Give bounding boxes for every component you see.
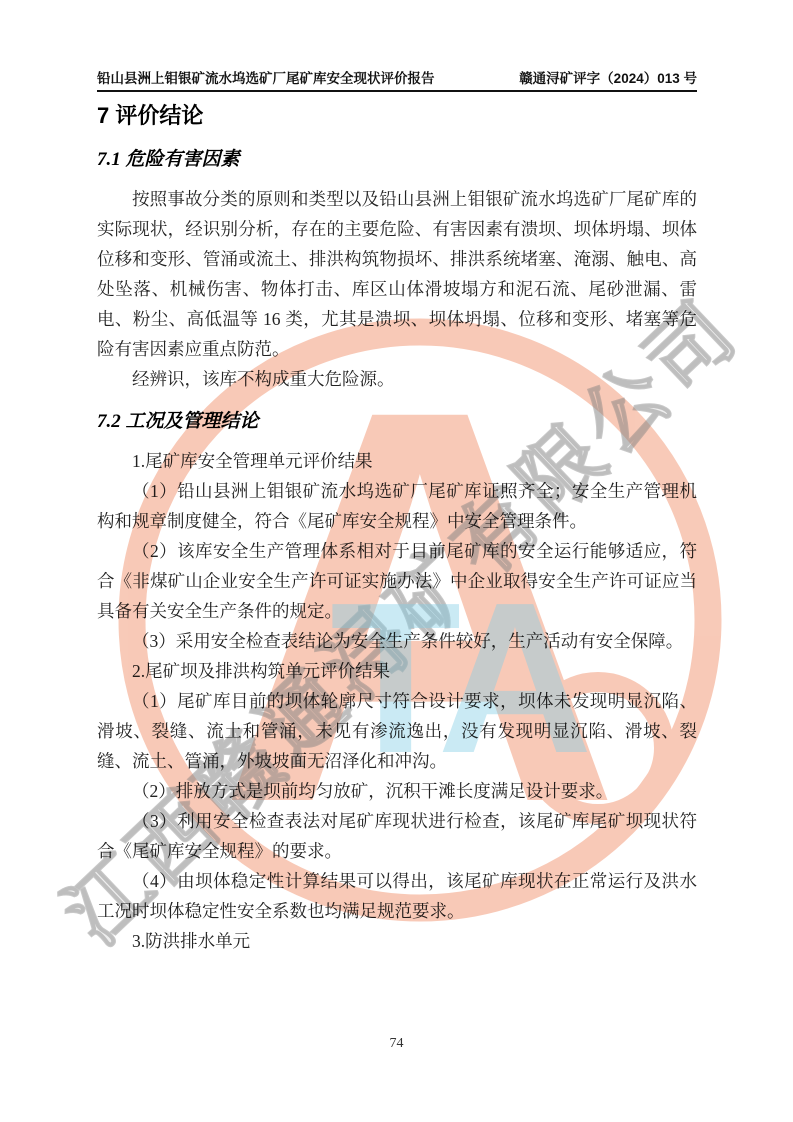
section-heading-7-1: 7.1 危险有害因素 xyxy=(97,148,697,172)
section-heading-7-2: 7.2 工况及管理结论 xyxy=(97,410,697,434)
chapter-title: 7 评价结论 xyxy=(97,102,697,130)
list-item: （3）采用安全检查表结论为安全生产条件较好，生产活动有安全保障。 xyxy=(97,626,697,656)
list-item: （2）排放方式是坝前均匀放矿，沉积干滩长度满足设计要求。 xyxy=(97,776,697,806)
header-doc-number: 赣通浔矿评字（2024）013 号 xyxy=(519,67,697,87)
list-item: 3.防洪排水单元 xyxy=(97,926,697,956)
page-header: 铅山县洲上钼银矿流水坞选矿厂尾矿库安全现状评价报告 赣通浔矿评字（2024）01… xyxy=(97,60,697,92)
header-report-title: 铅山县洲上钼银矿流水坞选矿厂尾矿库安全现状评价报告 xyxy=(97,67,435,87)
document-page: 铅山县洲上钼银矿流水坞选矿厂尾矿库安全现状评价报告 赣通浔矿评字（2024）01… xyxy=(0,0,793,1122)
list-item: （3）利用安全检查表法对尾矿库现状进行检查，该尾矿库尾矿坝现状符合《尾矿库安全规… xyxy=(97,806,697,866)
list-item: （2）该库安全生产管理体系相对于目前尾矿库的安全运行能够适应，符合《非煤矿山企业… xyxy=(97,536,697,626)
document-body: 7 评价结论 7.1 危险有害因素 按照事故分类的原则和类型以及铅山县洲上钼银矿… xyxy=(97,102,697,956)
list-item: 1.尾矿库安全管理单元评价结果 xyxy=(97,446,697,476)
page-number: 74 xyxy=(0,1036,793,1052)
list-item: 2.尾矿坝及排洪构筑单元评价结果 xyxy=(97,656,697,686)
paragraph: 按照事故分类的原则和类型以及铅山县洲上钼银矿流水坞选矿厂尾矿库的实际现状，经识别… xyxy=(97,184,697,364)
list-item: （4）由坝体稳定性计算结果可以得出，该尾矿库现状在正常运行及洪水工况时坝体稳定性… xyxy=(97,866,697,926)
list-item: （1）尾矿库目前的坝体轮廓尺寸符合设计要求，坝体未发现明显沉陷、滑坡、裂缝、流土… xyxy=(97,686,697,776)
paragraph: 经辨识，该库不构成重大危险源。 xyxy=(97,364,697,394)
list-item: （1）铅山县洲上钼银矿流水坞选矿厂尾矿库证照齐全；安全生产管理机构和规章制度健全… xyxy=(97,476,697,536)
